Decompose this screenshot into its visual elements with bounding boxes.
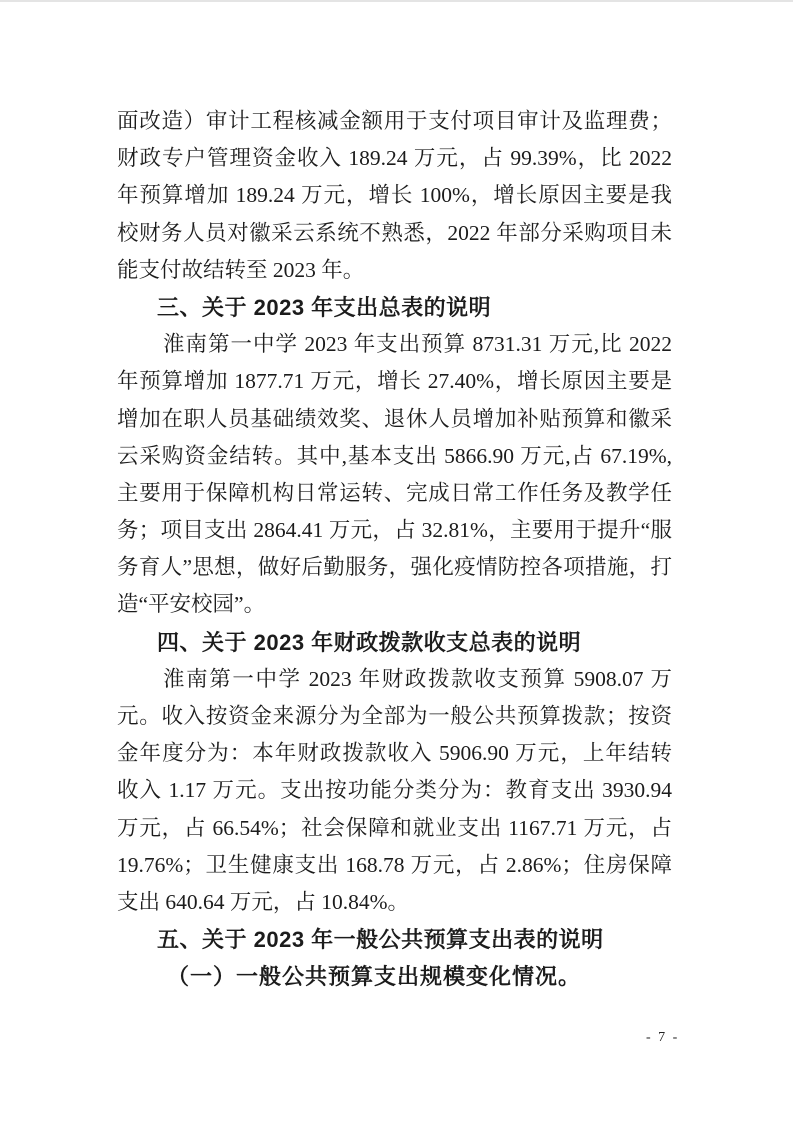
paragraph-line: 主要用于保障机构日常运转、完成日常工作任务及教学任 (117, 475, 672, 512)
paragraph-line: 支出 640.64 万元，占 10.84%。 (117, 884, 672, 921)
document-body: 面改造）审计工程核减金额用于支付项目审计及监理费； 财政专户管理资金收入 189… (117, 103, 672, 996)
paragraph-line: 万元，占 66.54%；社会保障和就业支出 1167.71 万元，占 (117, 810, 672, 847)
paragraph-line: 元。收入按资金来源分为全部为一般公共预算拨款；按资 (117, 698, 672, 735)
paragraph-line: 19.76%；卫生健康支出 168.78 万元，占 2.86%；住房保障 (117, 847, 672, 884)
section-heading-5: 五、关于 2023 年一般公共预算支出表的说明 (117, 921, 672, 958)
paragraph-line: 能支付故结转至 2023 年。 (117, 252, 672, 289)
paragraph-line: 金年度分为：本年财政拨款收入 5906.90 万元，上年结转 (117, 735, 672, 772)
paragraph-line: 校财务人员对徽采云系统不熟悉，2022 年部分采购项目未 (117, 215, 672, 252)
section-heading-3: 三、关于 2023 年支出总表的说明 (117, 289, 672, 326)
paragraph-line: 云采购资金结转。其中,基本支出 5866.90 万元,占 67.19%, (117, 438, 672, 475)
paragraph-line: 淮南第一中学 2023 年支出预算 8731.31 万元,比 2022 (117, 326, 672, 363)
paragraph-line: 年预算增加 1877.71 万元，增长 27.40%，增长原因主要是 (117, 363, 672, 400)
subsection-heading-1: （一）一般公共预算支出规模变化情况。 (117, 958, 672, 995)
section-heading-4: 四、关于 2023 年财政拨款收支总表的说明 (117, 624, 672, 661)
page-number: - 7 - (646, 1030, 679, 1046)
scan-edge-artifact (0, 0, 793, 2)
paragraph-line: 收入 1.17 万元。支出按功能分类分为：教育支出 3930.94 (117, 772, 672, 809)
paragraph-line: 造“平安校园”。 (117, 586, 672, 623)
paragraph-line: 增加在职人员基础绩效奖、退休人员增加补贴预算和徽采 (117, 401, 672, 438)
paragraph-line: 务；项目支出 2864.41 万元，占 32.81%，主要用于提升“服 (117, 512, 672, 549)
paragraph-line: 面改造）审计工程核减金额用于支付项目审计及监理费； (117, 103, 672, 140)
paragraph-line: 年预算增加 189.24 万元，增长 100%，增长原因主要是我 (117, 177, 672, 214)
paragraph-line: 务育人”思想，做好后勤服务，强化疫情防控各项措施，打 (117, 549, 672, 586)
document-page: 面改造）审计工程核减金额用于支付项目审计及监理费； 财政专户管理资金收入 189… (0, 0, 793, 1122)
paragraph-line: 淮南第一中学 2023 年财政拨款收支预算 5908.07 万 (117, 661, 672, 698)
paragraph-line: 财政专户管理资金收入 189.24 万元，占 99.39%，比 2022 (117, 140, 672, 177)
